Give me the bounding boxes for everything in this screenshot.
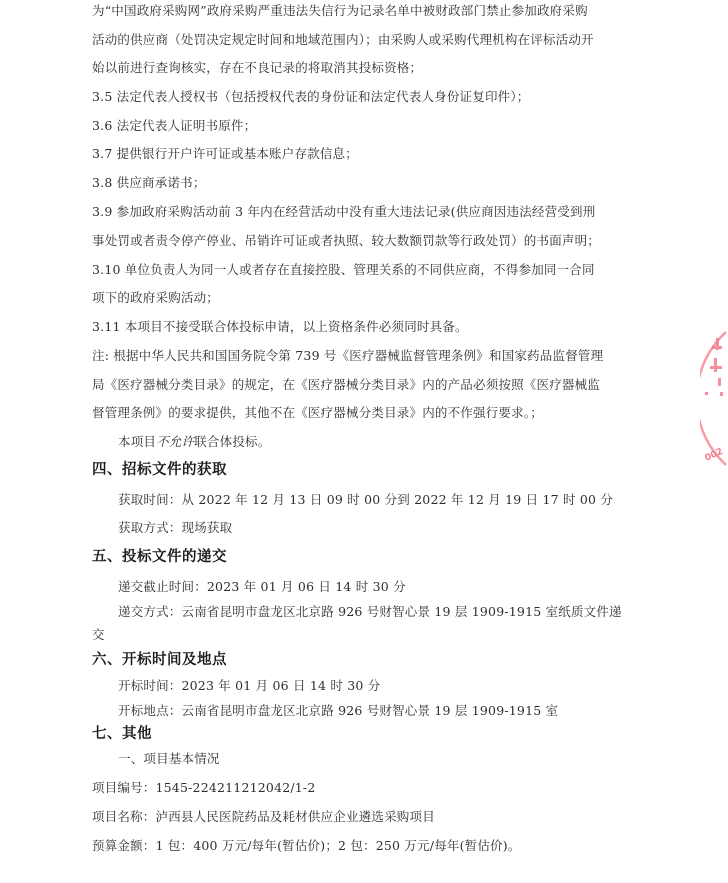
section-5-title: 五、投标文件的递交 [92,548,227,566]
official-seal-stamp-icon: 002 [700,320,728,470]
note-line-2: 局《医疗器械分类目录》的规定，在《医疗器械分类目录》内的产品必须按照《医疗器械监 [92,377,600,393]
section-7-title: 七、其他 [92,725,152,743]
note-line-1: 注: 根据中华人民共和国国务院令第 739 号《医疗器械监督管理条例》和国家药品… [92,348,603,364]
item-3-10-line-1: 3.10 单位负责人为同一人或者存在直接控股、管理关系的不同供应商，不得参加同一… [92,262,595,278]
section-7-subtitle: 一、项目基本情况 [118,751,220,767]
intro-line-1: 为“中国政府采购网”政府采购严重违法失信行为记录名单中被财政部门禁止参加政府采购 [92,3,588,19]
section-5-method-line-1: 递交方式：云南省昆明市盘龙区北京路 926 号财智心景 19 层 1909-19… [118,604,622,620]
consortium-suffix: 联合体投标。 [194,434,270,449]
section-4-method: 获取方式：现场获取 [118,520,232,536]
section-5-method-line-2: 交 [92,627,105,643]
project-name: 项目名称：泸西县人民医院药品及耗材供应企业遴选采购项目 [92,809,435,825]
consortium-prefix: 本项目 [118,434,156,449]
consortium-not-allowed: 不允许 [156,434,194,449]
note-line-3: 督管理条例》的要求提供，其他不在《医疗器械分类目录》内的不作强行要求。； [92,405,543,421]
budget-amount: 预算金额：1 包：400 万元/每年(暂估价)；2 包：250 万元/每年(暂估… [92,838,521,854]
section-6-title: 六、开标时间及地点 [92,651,227,669]
item-3-10-line-2: 项下的政府采购活动； [92,290,219,306]
item-3-6: 3.6 法定代表人证明书原件； [92,118,256,134]
item-3-5: 3.5 法定代表人授权书（包括授权代表的身份证和法定代表人身份证复印件）； [92,89,530,105]
section-5-deadline: 递交截止时间：2023 年 01 月 06 日 14 时 30 分 [118,579,406,595]
item-3-9-line-1: 3.9 参加政府采购活动前 3 年内在经营活动中没有重大违法记录(供应商因违法经… [92,204,595,220]
consortium-statement: 本项目不允许联合体投标。 [118,434,270,450]
section-6-place: 开标地点：云南省昆明市盘龙区北京路 926 号财智心景 19 层 1909-19… [118,703,558,719]
project-number: 项目编号：1545-224211212042/1-2 [92,780,316,796]
section-4-title: 四、招标文件的获取 [92,461,227,479]
intro-line-2: 活动的供应商（处罚决定规定时间和地域范围内）；由采购人或采购代理机构在评标活动开 [92,32,594,48]
document-page: 为“中国政府采购网”政府采购严重违法失信行为记录名单中被财政部门禁止参加政府采购… [0,0,728,883]
item-3-11: 3.11 本项目不接受联合体投标申请，以上资格条件必须同时具备。 [92,319,468,335]
item-3-9-line-2: 事处罚或者责令停产停业、吊销许可证或者执照、较大数额罚款等行政处罚）的书面声明； [92,233,600,249]
item-3-8: 3.8 供应商承诺书； [92,175,206,191]
intro-line-3: 始以前进行查询核实，存在不良记录的将取消其投标资格； [92,60,422,76]
section-4-time: 获取时间：从 2022 年 12 月 13 日 09 时 00 分到 2022 … [118,492,613,508]
item-3-7: 3.7 提供银行开户许可证或基本账户存款信息； [92,146,358,162]
section-6-time: 开标时间：2023 年 01 月 06 日 14 时 30 分 [118,678,380,694]
